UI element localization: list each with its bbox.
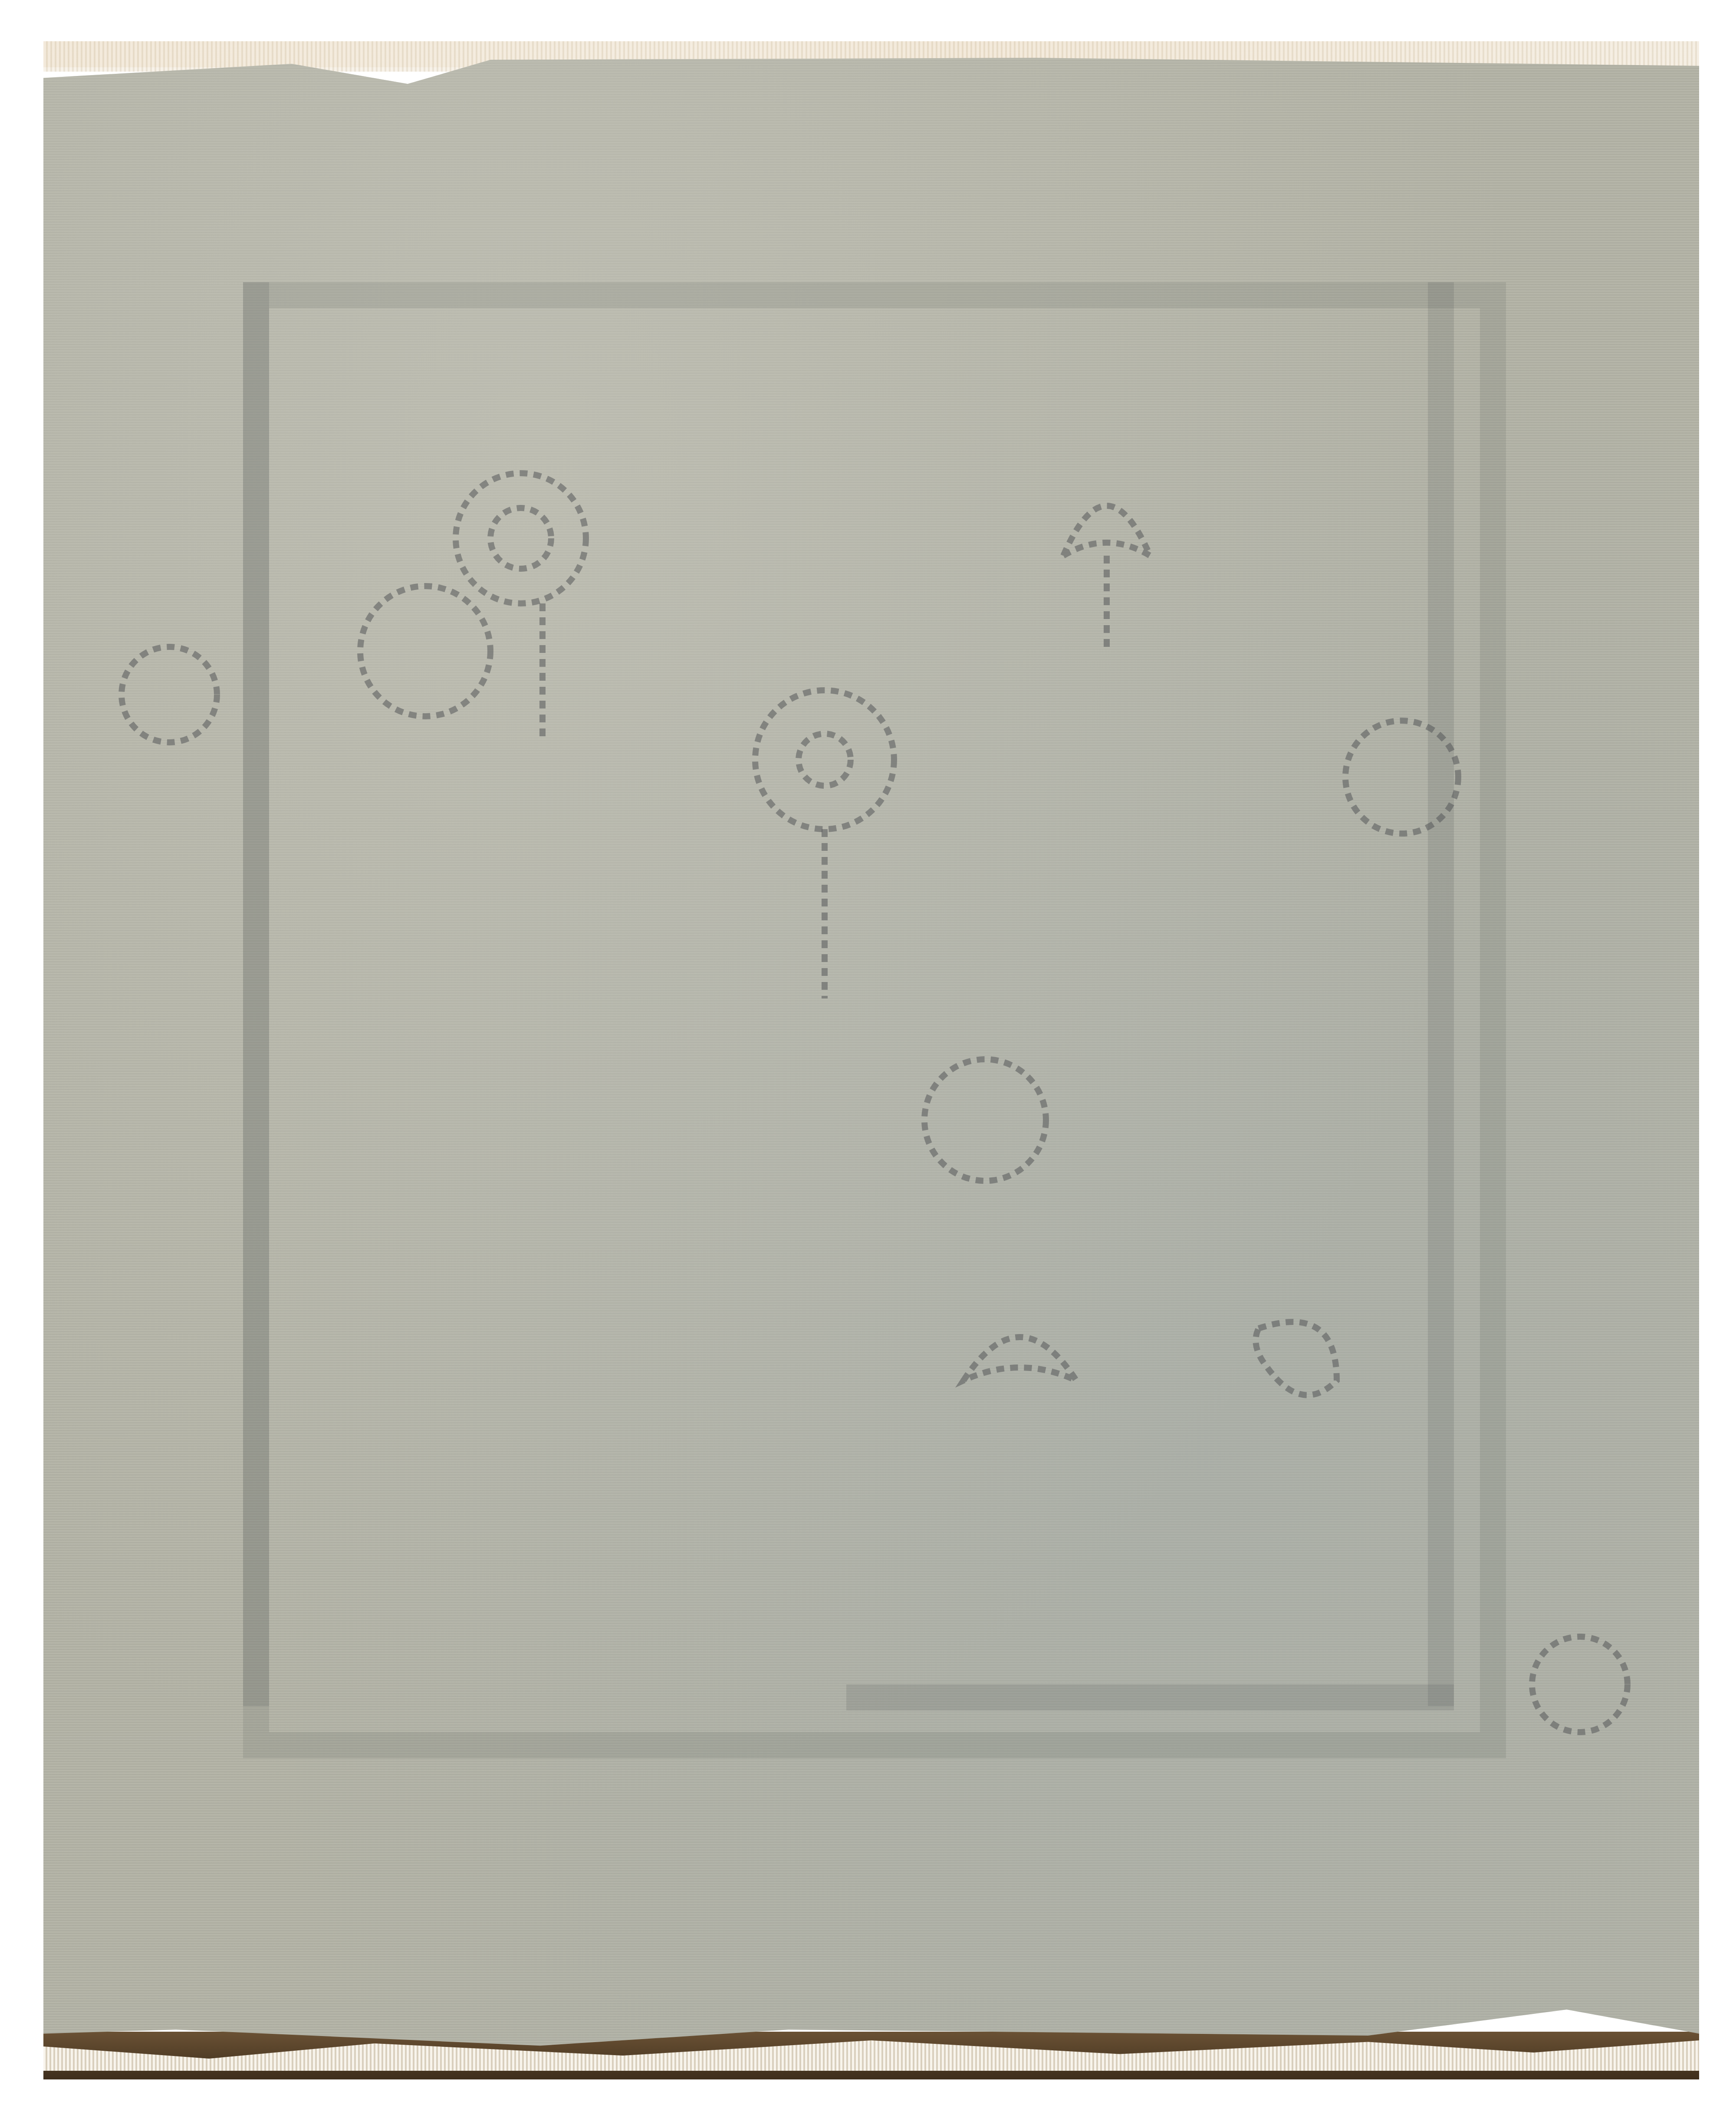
rosette-motif [924, 1059, 1046, 1181]
rosette-motif [122, 647, 217, 742]
rosette-motif [755, 690, 894, 829]
border-band-left [243, 282, 269, 1706]
rosette-motif [490, 508, 551, 569]
palmette-motif [963, 1337, 1076, 1381]
rosette-motif [799, 734, 851, 786]
vine-motif [542, 556, 1107, 998]
rug-motifs [0, 0, 1736, 2112]
rosette-motif [1532, 1637, 1627, 1732]
border-band-bottom [846, 1684, 1454, 1710]
paisley-motif [1256, 1322, 1337, 1395]
rosette-motif [360, 586, 490, 716]
palmette-motif [1063, 506, 1150, 556]
border-band-right [1428, 282, 1454, 1706]
rosette-motif [456, 473, 586, 603]
